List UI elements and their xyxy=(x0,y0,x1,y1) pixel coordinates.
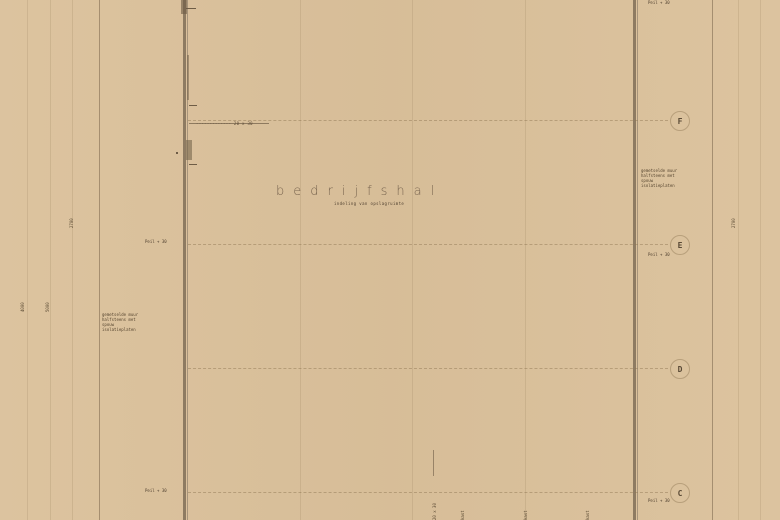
level-marker: Peil + 30 xyxy=(648,252,670,257)
side-label: 2700 xyxy=(69,218,74,228)
wall-right-inner xyxy=(637,0,638,520)
outer-wall-line-left xyxy=(99,0,100,520)
bottom-annotation: 20 x 30 xyxy=(432,503,437,520)
guide-line xyxy=(412,0,413,520)
level-marker: Peil + 30 xyxy=(145,488,167,493)
wall-note-left: gemetselde muur halfsteens met spouw iso… xyxy=(102,312,144,332)
annotation-line xyxy=(433,450,434,476)
bottom-annotation: kast xyxy=(585,510,590,520)
wall-note-right: gemetselde muur halfsteens met spouw iso… xyxy=(641,168,683,188)
axis-line-f xyxy=(188,120,668,121)
axis-line-d xyxy=(188,368,668,369)
guide-line xyxy=(525,0,526,520)
guide-line xyxy=(27,0,28,520)
axis-line-c xyxy=(188,492,668,493)
wall-detail xyxy=(189,164,197,165)
bottom-annotation: kast xyxy=(523,510,528,520)
axis-line-e xyxy=(188,244,668,245)
guide-line xyxy=(72,0,73,520)
guide-line xyxy=(760,0,761,520)
bottom-annotation: kast xyxy=(460,510,465,520)
wall-right xyxy=(633,0,636,520)
wall-detail xyxy=(187,55,189,100)
guide-line xyxy=(738,0,739,520)
drawing-sheet: F E D C ------------- 20 x 30 bedrijfsha… xyxy=(0,0,780,520)
wall-left xyxy=(183,0,186,520)
side-label: 2700 xyxy=(731,218,736,228)
level-marker: Peil + 30 xyxy=(648,498,670,503)
wall-detail xyxy=(189,105,197,106)
guide-line xyxy=(300,0,301,520)
room-subtitle: indeling van opslagruimte xyxy=(334,201,404,206)
level-marker: Peil + 30 xyxy=(145,239,167,244)
dimension-label: ------------- 20 x 30 xyxy=(196,121,253,126)
room-title: bedrijfshal xyxy=(276,184,443,199)
wall-detail xyxy=(181,0,187,14)
wall-detail xyxy=(186,8,196,9)
outer-wall-line-right xyxy=(712,0,713,520)
guide-line xyxy=(50,0,51,520)
side-label: 4000 xyxy=(20,302,25,312)
axis-bubble-f: F xyxy=(670,111,690,131)
side-label: 5000 xyxy=(45,302,50,312)
axis-bubble-d: D xyxy=(670,359,690,379)
axis-bubble-e: E xyxy=(670,235,690,255)
level-marker: Peil + 30 xyxy=(648,0,670,5)
wall-detail xyxy=(186,140,192,160)
wall-detail xyxy=(176,152,178,154)
axis-bubble-c: C xyxy=(670,483,690,503)
